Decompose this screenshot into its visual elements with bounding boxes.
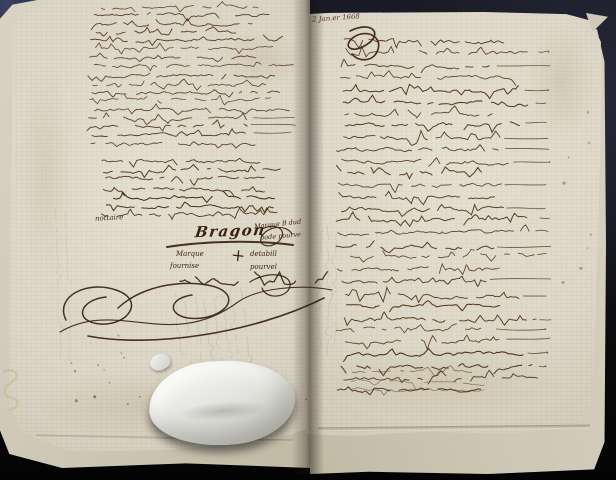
marque-center-row1-right: detabill [250, 250, 277, 258]
right-page [306, 12, 602, 436]
manuscript-photograph: 2 Jan.er 1668 nottaire Bragon Marque B d… [0, 0, 616, 480]
witness-mark-cross: + [230, 245, 246, 266]
paper-stain [326, 342, 566, 422]
marque-center-row2-right: pourvel [250, 263, 277, 271]
paper-stain [16, 60, 76, 280]
marque-center-row2-left: fournise [170, 262, 199, 270]
marque-center-row1-left: Marque [176, 250, 204, 258]
notary-word: nottaire [95, 213, 124, 222]
paper-stain [526, 22, 596, 142]
